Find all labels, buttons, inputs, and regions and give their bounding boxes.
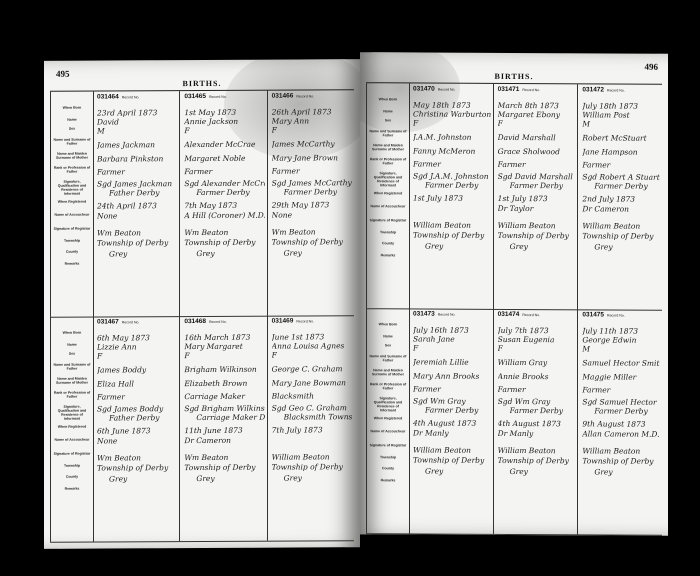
registration-number: 031468Record No. (184, 318, 262, 325)
registration-number: 031471Record No. (498, 86, 574, 93)
entry-informant2: Father Derby (109, 189, 177, 197)
registration-number-value: 031468 (184, 318, 206, 325)
registration-number-label: Record No. (522, 88, 540, 92)
entry-rank: Farmer (498, 386, 576, 394)
registration-number-label: Record No. (296, 94, 314, 98)
entry-sex: F (272, 351, 352, 359)
row-label: When Born (53, 331, 91, 335)
entry-informant2: Farmer Derby (594, 182, 660, 190)
row-label: When Registered (53, 425, 91, 429)
entry-sex: F (498, 345, 576, 353)
row-label: Name (53, 118, 91, 122)
entry-township: Township of Derby (272, 238, 352, 246)
birth-entry: 031468Record No.16th March 1873Mary Marg… (180, 316, 267, 541)
entry-informant: Sgd Wm Gray (498, 398, 576, 406)
row-label: Township (53, 464, 91, 468)
entry-registrar: Wm Beaton (184, 454, 264, 462)
entry-sex: F (184, 127, 264, 135)
entry-registrar: William Beaton (498, 222, 576, 230)
entry-sex: M (582, 345, 660, 353)
entry-informant: Sgd Geo C. Graham (272, 404, 352, 412)
registration-number: 031467Record No. (97, 318, 175, 325)
birth-entry: 031472Record No.July 18th 1873William Po… (578, 84, 662, 309)
birth-entry: 031466Record No.26th April 1873Mary AnnF… (268, 90, 354, 315)
registration-number: 031475Record No. (582, 311, 658, 318)
entry-informant: Sgd Wm Gray (413, 397, 491, 405)
entry-accoucheur: Dr Manly (413, 429, 491, 437)
registration-number-value: 031466 (272, 93, 294, 100)
registration-number-label: Record No. (209, 95, 227, 99)
row-label: Name (369, 109, 407, 113)
page-number: 495 (56, 69, 70, 79)
registration-number-value: 031467 (97, 318, 119, 325)
entry-township: Township of Derby (498, 232, 576, 240)
entry-township: Township of Derby (498, 457, 576, 465)
entry-informant2: Father Derby (109, 414, 177, 422)
row-label: Name and Maiden Surname of Mother (369, 368, 407, 376)
entry-sex: F (272, 126, 352, 134)
entry-name: Anna Louisa Agnes (272, 342, 352, 350)
registration-number-value: 031474 (498, 311, 520, 318)
entry-rank: Farmer (582, 161, 660, 169)
registration-number-label: Record No. (296, 319, 314, 323)
entry-township: Township of Derby (272, 463, 352, 471)
entry-when-born: July 16th 1873 (413, 326, 491, 334)
entry-when-registered: 1st July 1873 (498, 195, 576, 203)
entry-mother: Margaret Noble (184, 155, 264, 163)
row-label: Sex (369, 343, 407, 347)
entry-name: Lizzie Ann (97, 343, 177, 351)
entry-when-registered: 24th April 1873 (97, 202, 177, 210)
row-label: When Registered (53, 200, 91, 204)
entry-informant2: Farmer Derby (196, 189, 264, 197)
registration-number-value: 031472 (582, 86, 604, 93)
birth-entry: 031467Record No.6th May 1873Lizzie AnnFJ… (93, 316, 180, 541)
entry-informant2: Carriage Maker Derby (196, 414, 264, 422)
registration-number: 031470Record No. (413, 85, 489, 92)
row-label: Rank or Profession of Father (369, 382, 407, 390)
entry-county: Grey (594, 243, 660, 251)
entry-county: Grey (284, 249, 352, 257)
row-label: Sex (53, 127, 91, 131)
row-label: Signature of Registrar (53, 452, 91, 456)
entry-township: Township of Derby (413, 456, 491, 464)
right-register-page: 496 BIRTHS. When BornNameSexName and Sur… (360, 52, 668, 536)
register-section: When BornNameSexName and Surname of Fath… (366, 308, 662, 536)
entry-sex: F (184, 352, 264, 360)
page-title: BIRTHS. (360, 71, 668, 82)
entry-registrar: William Beaton (582, 447, 660, 455)
entry-mother: Mary Ann Brooks (413, 372, 491, 380)
birth-entry: 031471Record No.March 8th 1873Margaret E… (494, 84, 579, 309)
entry-mother: Jane Hampson (582, 148, 660, 156)
row-label: Signature, Qualification and Residence o… (53, 180, 91, 196)
entry-township: Township of Derby (184, 239, 264, 247)
entry-registrar: William Beaton (582, 222, 660, 230)
registration-number: 031474Record No. (498, 311, 574, 318)
entry-name: Margaret Ebony (498, 111, 576, 119)
entry-informant2: Farmer Derby (594, 407, 660, 415)
row-labels-column: When BornNameSexName and Surname of Fath… (50, 92, 94, 317)
row-label: Rank or Profession of Father (369, 157, 407, 165)
row-label: County (369, 241, 407, 245)
registration-number-value: 031465 (184, 93, 206, 100)
entry-rank: Farmer (413, 160, 491, 168)
entry-informant: Sgd James Jackman (97, 180, 177, 188)
row-label: Remarks (369, 478, 407, 482)
row-label: Name (53, 343, 91, 347)
entry-when-registered: 9th August 1873 (582, 420, 660, 428)
row-label: Sex (369, 118, 407, 122)
birth-entry: 031473Record No.July 16th 1873Sarah Jane… (409, 308, 494, 533)
registration-number-label: Record No. (522, 313, 540, 317)
entry-father: Jeremiah Lillie (413, 358, 491, 366)
row-label: Name and Surname of Father (369, 129, 407, 137)
row-labels-column: When BornNameSexName and Surname of Fath… (366, 83, 410, 308)
row-label: Remarks (53, 262, 91, 266)
row-label: Signature, Qualification and Residence o… (369, 396, 407, 412)
registration-number-label: Record No. (122, 320, 140, 324)
entry-father: George C. Graham (272, 365, 352, 373)
entry-name: Mary Margaret (184, 343, 264, 351)
entry-township: Township of Derby (413, 231, 491, 239)
entry-township: Township of Derby (582, 232, 660, 240)
entry-informant: Sgd David Marshall (498, 173, 576, 181)
registration-number-value: 031469 (272, 318, 294, 325)
entry-when-registered: 11th June 1873 (184, 427, 264, 435)
row-label: Name of Accoucheur (369, 204, 407, 208)
registration-number: 031465Record No. (184, 93, 262, 100)
registration-number-label: Record No. (438, 313, 456, 317)
entry-rank: Farmer (413, 385, 491, 393)
entry-when-born: 23rd April 1873 (97, 109, 177, 117)
row-labels-column: When BornNameSexName and Surname of Fath… (50, 317, 94, 542)
registration-number-label: Record No. (209, 320, 227, 324)
entry-mother: Annie Brooks (498, 373, 576, 381)
entry-father: Brigham Wilkinson (184, 366, 264, 374)
row-label: Remarks (369, 253, 407, 257)
entry-name: George Edwin (582, 336, 660, 344)
entry-mother: Maggie Miller (582, 373, 660, 381)
registration-number: 031466Record No. (272, 92, 350, 99)
entry-father: William Gray (498, 359, 576, 367)
entry-mother: Mary Jane Bowman (272, 379, 352, 387)
entry-registrar: Wm Beaton (272, 228, 352, 236)
entry-accoucheur: Dr Manly (498, 430, 576, 438)
birth-entry: 031474Record No.July 7th 1873Susan Eugen… (494, 309, 579, 534)
entry-father: James McCarthy (272, 140, 352, 148)
entry-when-registered: 6th June 1873 (97, 427, 177, 435)
registration-number-value: 031470 (413, 85, 435, 92)
entry-registrar: William Beaton (413, 446, 491, 454)
row-label: Signature, Qualification and Residence o… (53, 405, 91, 421)
entry-county: Grey (196, 475, 264, 483)
registration-number-value: 031471 (498, 86, 520, 93)
entry-rank: Farmer (97, 168, 177, 176)
entry-sex: F (413, 344, 491, 352)
entry-county: Grey (196, 250, 264, 258)
row-label: Name of Accoucheur (369, 429, 407, 433)
entry-mother: Mary Jane Brown (272, 154, 352, 162)
entry-name: Annie Jackson (184, 118, 264, 126)
entry-registrar: William Beaton (413, 221, 491, 229)
register-section: When BornNameSexName and Surname of Fath… (50, 315, 354, 543)
row-label: Township (53, 239, 91, 243)
entry-county: Grey (510, 243, 576, 251)
row-label: County (53, 250, 91, 254)
entry-sex: F (498, 120, 576, 128)
entry-father: James Boddy (97, 366, 177, 374)
row-label: Name and Surname of Father (53, 363, 91, 371)
row-label: When Registered (369, 416, 407, 420)
entry-informant: Sgd J.A.M. Johnston (413, 172, 491, 180)
entry-when-born: 6th May 1873 (97, 334, 177, 342)
registration-number-label: Record No. (438, 88, 456, 92)
entry-father: J.A.M. Johnston (413, 133, 491, 141)
entry-name: Sarah Jane (413, 335, 491, 343)
left-register-page: 495 BIRTHS. When BornNameSexName and Sur… (44, 59, 360, 549)
entry-mother: Eliza Hall (97, 380, 177, 388)
row-label: Remarks (53, 487, 91, 491)
birth-entry: 031475Record No.July 11th 1873George Edw… (578, 309, 662, 534)
entry-informant: Sgd Samuel Hector (582, 398, 660, 406)
entry-when-born: 26th April 1873 (272, 108, 352, 116)
entry-name: William Post (582, 111, 660, 119)
entries-row: 031473Record No.July 16th 1873Sarah Jane… (409, 308, 662, 534)
entry-when-born: May 18th 1873 (413, 101, 491, 109)
entry-name: Christina Warburton (413, 110, 491, 118)
entry-name: David (97, 118, 177, 126)
register-section: When BornNameSexName and Surname of Fath… (50, 90, 354, 318)
entry-rank: Farmer (97, 393, 177, 401)
entry-sex: M (97, 127, 177, 135)
registration-number-label: Record No. (122, 95, 140, 99)
entry-father: Samuel Hector Smith (582, 359, 660, 367)
entry-when-born: 16th March 1873 (184, 334, 264, 342)
entry-sex: M (582, 120, 660, 128)
register-grid: When BornNameSexName and Surname of Fath… (50, 89, 354, 545)
entry-accoucheur: Dr Cameron (184, 437, 264, 445)
entry-father: David Marshall (498, 134, 576, 142)
entry-informant2: Farmer Derby (425, 407, 491, 415)
register-section: When BornNameSexName and Surname of Fath… (366, 83, 662, 311)
entry-informant2: Farmer Derby (510, 407, 576, 415)
row-label: Signature of Registrar (369, 218, 407, 222)
entry-accoucheur: None (272, 211, 352, 219)
entry-registrar: William Beaton (272, 453, 352, 461)
registration-number-value: 031475 (582, 311, 604, 318)
entry-county: Grey (594, 468, 660, 476)
row-label: Name and Surname of Father (53, 138, 91, 146)
row-label: County (369, 466, 407, 470)
row-label: Name and Maiden Surname of Mother (53, 377, 91, 385)
entries-row: 031464Record No.23rd April 1873DavidMJam… (93, 90, 354, 316)
entry-county: Grey (284, 474, 352, 482)
entry-accoucheur: None (97, 212, 177, 220)
registration-number: 031469Record No. (272, 317, 350, 324)
entry-township: Township of Derby (184, 464, 264, 472)
entry-mother: Barbara Pinkston (97, 155, 177, 163)
entry-when-registered: 4th August 1873 (413, 419, 491, 427)
entry-registrar: Wm Beaton (184, 229, 264, 237)
entry-rank: Carriage Maker (184, 393, 264, 401)
entry-rank: Farmer (498, 161, 576, 169)
entry-mother: Grace Sholwood (498, 148, 576, 156)
entry-county: Grey (510, 468, 576, 476)
entry-accoucheur: Allan Cameron M.D. (582, 430, 660, 438)
entry-accoucheur: Dr Taylor (498, 205, 576, 213)
registration-number: 031472Record No. (582, 86, 658, 93)
row-label: Signature, Qualification and Residence o… (369, 171, 407, 187)
row-label: Name of Accoucheur (53, 213, 91, 217)
entry-sex: F (413, 119, 491, 127)
page-number: 496 (645, 62, 659, 72)
entry-county: Grey (425, 243, 491, 251)
entry-rank: Blacksmith (272, 392, 352, 400)
entry-informant2: Blacksmith Township of Derby (284, 413, 352, 421)
row-labels-column: When BornNameSexName and Surname of Fath… (366, 308, 410, 533)
entry-sex: F (97, 352, 177, 360)
row-label: County (53, 475, 91, 479)
birth-entry: 031464Record No.23rd April 1873DavidMJam… (93, 91, 180, 316)
row-label: Name and Surname of Father (369, 354, 407, 362)
row-label: Name (369, 334, 407, 338)
entry-informant: Sgd James Boddy (97, 405, 177, 413)
entries-row: 031470Record No.May 18th 1873Christina W… (409, 83, 662, 309)
row-label: Signature of Registrar (53, 227, 91, 231)
page-title: BIRTHS. (44, 78, 360, 89)
entry-informant: Sgd Alexander McCrae (184, 180, 264, 188)
entry-when-registered: 4th August 1873 (498, 420, 576, 428)
entry-informant2: Farmer Derby (425, 182, 491, 190)
row-label: Rank or Profession of Father (53, 391, 91, 399)
entries-row: 031467Record No.6th May 1873Lizzie AnnFJ… (93, 315, 354, 541)
entry-father: Alexander McCrae (184, 141, 264, 149)
registration-number: 031464Record No. (97, 93, 175, 100)
entry-informant: Sgd James McCarthy (272, 179, 352, 187)
entry-township: Township of Derby (97, 239, 177, 247)
entry-township: Township of Derby (97, 464, 177, 472)
row-label: Township (369, 455, 407, 459)
entry-name: Susan Eugenia (498, 336, 576, 344)
registration-number-value: 031473 (413, 310, 435, 317)
entry-accoucheur: A Hill (Coroner) M.D. (184, 212, 264, 220)
entry-rank: Farmer (184, 168, 264, 176)
birth-entry: 031465Record No.1st May 1873Annie Jackso… (180, 91, 267, 316)
entry-when-registered: 29th May 1873 (272, 201, 352, 209)
entry-rank: Farmer (582, 386, 660, 394)
birth-entry: 031470Record No.May 18th 1873Christina W… (409, 83, 494, 308)
entry-county: Grey (109, 475, 177, 483)
row-label: When Born (53, 106, 91, 110)
row-label: Sex (53, 352, 91, 356)
entry-when-born: July 7th 1873 (498, 327, 576, 335)
entry-county: Grey (109, 250, 177, 258)
registration-number-label: Record No. (607, 313, 625, 317)
entry-when-born: July 11th 1873 (582, 327, 660, 335)
entry-name: Mary Ann (272, 117, 352, 125)
birth-entry: 031469Record No.June 1st 1873Anna Louisa… (268, 315, 354, 540)
entry-when-registered: 2nd July 1873 (582, 195, 660, 203)
row-label: Signature of Registrar (369, 443, 407, 447)
row-label: When Born (369, 322, 407, 326)
entry-registrar: William Beaton (498, 447, 576, 455)
entry-informant2: Farmer Derby (284, 188, 352, 196)
entry-registrar: Wm Beaton (97, 454, 177, 462)
entry-father: James Jackman (97, 141, 177, 149)
entry-informant: Sgd Brigham Wilkinson (184, 405, 264, 413)
entry-informant: Sgd Robert A Stuart (582, 173, 660, 181)
entry-rank: Farmer (272, 167, 352, 175)
entry-when-born: June 1st 1873 (272, 333, 352, 341)
entry-when-registered: 7th July 1873 (272, 426, 352, 434)
entry-mother: Fanny McMeron (413, 147, 491, 155)
registration-number-value: 031464 (97, 93, 119, 100)
entry-county: Grey (425, 468, 491, 476)
register-grid: When BornNameSexName and Surname of Fath… (366, 82, 662, 532)
entry-registrar: Wm Beaton (97, 229, 177, 237)
registration-number: 031473Record No. (413, 310, 489, 317)
row-label: Rank or Profession of Father (53, 166, 91, 174)
entry-when-born: July 18th 1873 (582, 102, 660, 110)
entry-father: Robert McStuart (582, 134, 660, 142)
row-label: Name and Maiden Surname of Mother (369, 143, 407, 151)
row-label: Name of Accoucheur (53, 438, 91, 442)
entry-when-born: 1st May 1873 (184, 109, 264, 117)
entry-accoucheur: None (97, 437, 177, 445)
entry-township: Township of Derby (582, 457, 660, 465)
entry-accoucheur: Dr Cameron (582, 205, 660, 213)
registration-number-label: Record No. (607, 88, 625, 92)
entry-when-born: March 8th 1873 (498, 102, 576, 110)
entry-mother: Elizabeth Brown (184, 380, 264, 388)
entry-when-registered: 7th May 1873 (184, 202, 264, 210)
entry-informant2: Farmer Derby (510, 182, 576, 190)
row-label: Township (369, 230, 407, 234)
row-label: Name and Maiden Surname of Mother (53, 152, 91, 160)
row-label: When Registered (369, 191, 407, 195)
entry-when-registered: 1st July 1873 (413, 194, 491, 202)
row-label: When Born (369, 97, 407, 101)
